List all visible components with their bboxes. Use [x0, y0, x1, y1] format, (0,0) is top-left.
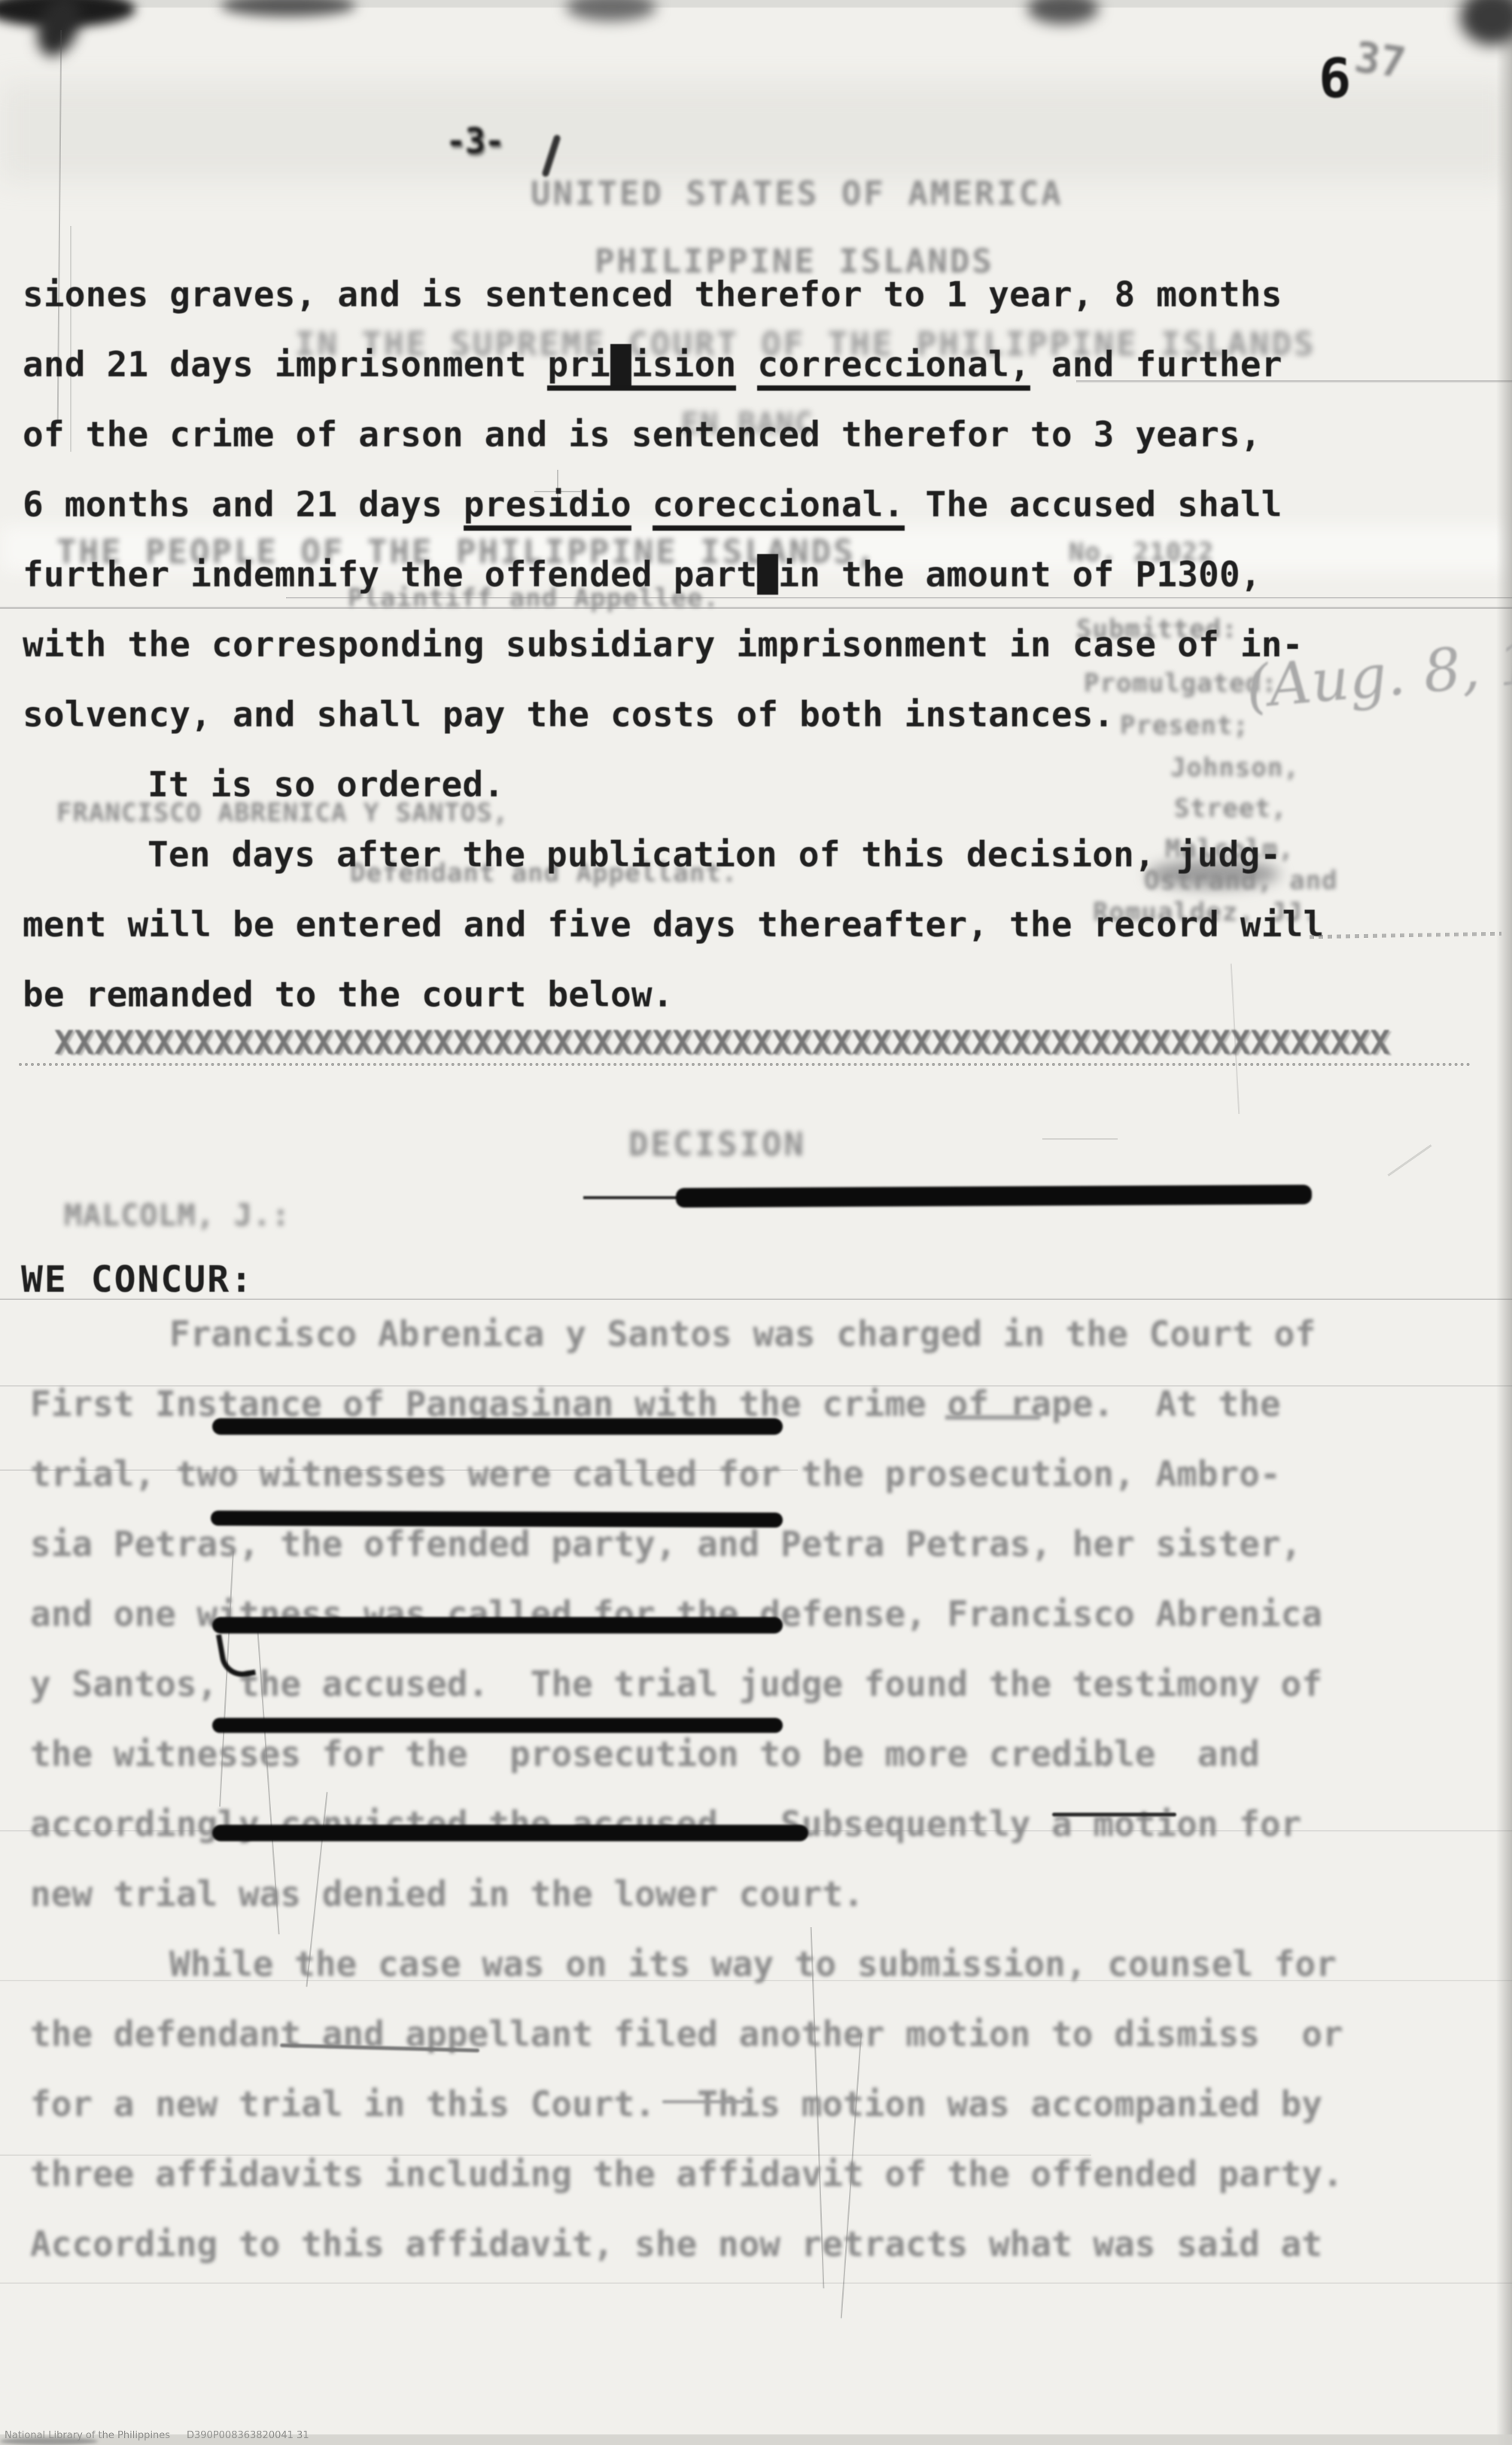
hairline	[0, 2282, 1512, 2284]
ghost-paragraph-line: for a new trial in this Court. This moti…	[30, 2084, 1322, 2124]
body-line: be remanded to the court below.	[23, 974, 674, 1015]
upper-paper-shade	[0, 83, 1512, 181]
underlined-term: pri	[547, 344, 610, 391]
underlined-term: presidio	[464, 484, 631, 531]
top-smudge-2	[221, 0, 356, 17]
ink-bar	[212, 1718, 783, 1733]
pen-dotted-squiggle	[1310, 932, 1501, 939]
ghost-author-line: MALCOLM, J.:	[64, 1198, 291, 1233]
top-smudge-3	[566, 0, 656, 21]
ghost-justice-name: Johnson,	[1170, 753, 1300, 783]
body-line: further indemnify the offended partyin t…	[23, 554, 1261, 595]
body-line: It is so ordered.	[148, 764, 504, 805]
ghost-paragraph-line: the defendant and appellant filed anothe…	[30, 2014, 1343, 2054]
ink-bar	[212, 1617, 783, 1634]
ghost-paragraph-line: new trial was denied in the lower court.	[30, 1874, 864, 1914]
body-line: solvency, and shall pay the costs of bot…	[23, 694, 1115, 735]
body-line: Ten days after the publication of this d…	[148, 834, 1281, 875]
body-line: siones graves, and is sentenced therefor…	[23, 274, 1282, 315]
body-line-segment: further indemnify the offended part	[23, 554, 757, 595]
body-line-segment: 6 months and 21 days	[23, 484, 464, 525]
scanned-court-document-page: 6 37 -3- UNITED STATES OF AMERICA PHILIP…	[0, 0, 1512, 2445]
ghost-decision-title: DECISION	[628, 1125, 806, 1164]
dotted-rule	[19, 1063, 1471, 1066]
overstruck-character: m	[610, 344, 631, 391]
overstruck-character: y	[757, 554, 778, 595]
ghost-country-heading: UNITED STATES OF AMERICA	[531, 175, 1063, 213]
ghost-paragraph-line: y Santos, the accused. The trial judge f…	[30, 1664, 1322, 1704]
ink-bar	[212, 1825, 808, 1841]
ghost-paragraph-line: While the case was on its way to submiss…	[169, 1944, 1337, 1984]
ghost-paragraph-line: trial, two witnesses were called for the…	[30, 1454, 1281, 1494]
footer-code: D390P008363820041 31	[187, 2430, 309, 2441]
body-line-segment	[631, 484, 653, 525]
ghost-paragraph-line: sia Petras, the offended party, and Petr…	[30, 1524, 1301, 1564]
footer-library-label: National Library of the Philippines	[5, 2430, 170, 2441]
page-stamp-ghost-number: 37	[1352, 33, 1409, 89]
body-line: with the corresponding subsidiary impris…	[23, 624, 1304, 665]
body-line: of the crime of arson and is sentenced t…	[23, 414, 1261, 455]
ink-bar	[211, 1511, 783, 1528]
body-line-segment: and further	[1030, 344, 1282, 385]
hairline	[0, 607, 1512, 609]
body-line: ment will be entered and five days there…	[23, 904, 1324, 945]
ink-bar-tail	[583, 1196, 685, 1199]
ghost-present-label: Present;	[1120, 711, 1249, 741]
scratch	[1387, 1144, 1431, 1177]
underlined-term: ision	[631, 344, 736, 391]
body-line: and 21 days imprisonment primision corre…	[23, 344, 1282, 385]
page-number: -3-	[446, 120, 503, 161]
body-line-segment: in the amount of P1300,	[778, 554, 1261, 595]
body-line: 6 months and 21 days presidio corecciona…	[23, 484, 1282, 525]
top-smudge-4	[1027, 0, 1099, 24]
tick-mark	[541, 134, 561, 178]
ghost-paragraph-line: three affidavits including the affidavit…	[30, 2154, 1343, 2194]
body-line-segment	[736, 344, 757, 385]
ink-bar	[676, 1185, 1312, 1207]
right-edge-shade	[1496, 0, 1512, 2445]
underlined-term: coreccional.	[653, 484, 905, 531]
underlined-term: correccional,	[757, 344, 1030, 391]
body-line-segment: The accused shall	[905, 484, 1282, 525]
ghost-paragraph-line: According to this affidavit, she now ret…	[30, 2224, 1322, 2264]
ghost-paragraph-line: the witnesses for the prosecution to be …	[30, 1734, 1260, 1774]
x-strikeout-row: XXXXXXXXXXXXXXXXXXXXXXXXXXXXXXXXXXXXXXXX…	[54, 1024, 1390, 1062]
hairline	[1042, 1138, 1118, 1140]
we-concur-heading: WE CONCUR:	[21, 1259, 254, 1301]
ink-bar	[212, 1418, 783, 1435]
ghost-justice-name: Street,	[1174, 793, 1287, 824]
body-line-segment: and 21 days imprisonment	[23, 344, 547, 385]
top-right-corner-smudge	[1460, 0, 1512, 45]
ghost-paragraph-line: Francisco Abrenica y Santos was charged …	[169, 1314, 1316, 1354]
page-stamp-number: 6	[1319, 47, 1351, 110]
